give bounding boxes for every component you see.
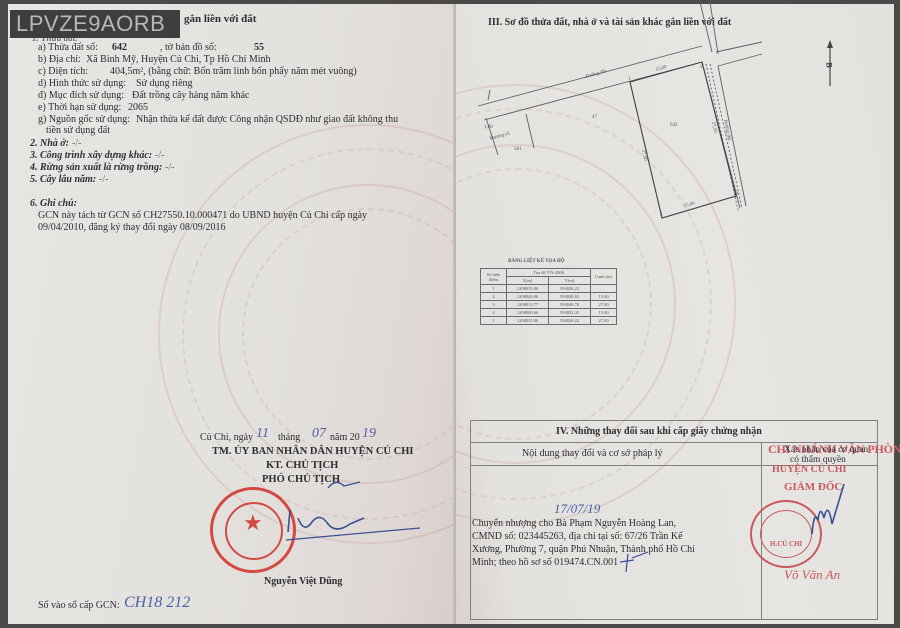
office-signer: Võ Văn An bbox=[784, 568, 840, 582]
office-stamp-line2: HUYỆN CỦ CHI bbox=[772, 464, 846, 476]
parcel-642-label: 642 bbox=[670, 123, 678, 128]
coord-table-title: BẢNG LIỆT KÊ TỌA ĐỘ bbox=[508, 259, 565, 265]
item-value: -/- bbox=[72, 138, 81, 150]
item-label: 3. Công trình xây dựng khác: bbox=[30, 150, 152, 162]
area-label: c) Diện tích: bbox=[38, 66, 88, 78]
map-sheet-label: , tờ bản đồ số: bbox=[160, 42, 217, 54]
sign-year-label: năm 20 bbox=[330, 432, 360, 444]
edge-left-label: 27,00 bbox=[640, 149, 647, 162]
coordinate-table: Số hiệu điểm Tọa độ VN-2000 Cạnh (m) X(m… bbox=[480, 268, 617, 325]
parcel-label: a) Thửa đất số: bbox=[38, 42, 98, 54]
parcel-number: 642 bbox=[112, 42, 127, 54]
item-label: 5. Cây lâu năm: bbox=[30, 174, 96, 186]
registry-label: Số vào sổ cấp GCN: bbox=[38, 600, 120, 612]
col-change-content: Nội dung thay đổi và cơ sở pháp lý bbox=[522, 448, 663, 460]
term-label: e) Thời hạn sử dụng: bbox=[38, 102, 121, 114]
parcel-47-label: 47 bbox=[592, 115, 598, 120]
origin-value-line2: tiền sử dụng đất bbox=[46, 125, 110, 137]
col-y: Y(m) bbox=[549, 277, 591, 285]
signer-name: Nguyễn Việt Dũng bbox=[264, 576, 342, 588]
road-top-label: Đường đất bbox=[585, 69, 607, 80]
table-row: 11208035.96594826.22 bbox=[481, 285, 617, 293]
col-edge: Cạnh (m) bbox=[591, 269, 617, 285]
notes-line1: GCN này tách từ GCN số CH27550.10.000471… bbox=[38, 210, 367, 222]
lane-width-label: 1,00 bbox=[484, 125, 493, 130]
watermark-id: LPVZE9AORB bbox=[10, 10, 180, 38]
item-label: 4. Rừng sản xuất là rừng trồng: bbox=[30, 162, 162, 174]
item-value: -/- bbox=[99, 174, 108, 186]
registry-number: CH18 212 bbox=[124, 594, 190, 612]
address-value: Xã Bình Mỹ, Huyện Củ Chi, Tp Hồ Chí Minh bbox=[86, 54, 271, 66]
address-label: b) Địa chỉ: bbox=[38, 54, 81, 66]
sign-year: 19 bbox=[362, 428, 376, 440]
sign-day: 11 bbox=[256, 428, 269, 440]
section-title-partial: gắn liền với đất bbox=[184, 13, 256, 25]
area-value: 404,5m², (bằng chữ: Bốn trăm linh bốn ph… bbox=[110, 66, 357, 78]
change-entry-line1: Chuyển nhượng cho Bà Phạm Nguyễn Hoàng L… bbox=[472, 518, 676, 530]
sign-place: Củ Chi, ngày bbox=[200, 432, 253, 444]
col-system: Tọa độ VN-2000 bbox=[507, 269, 591, 277]
map-sheet-number: 55 bbox=[254, 42, 264, 54]
item-value: -/- bbox=[155, 150, 164, 162]
notes-line2: 09/04/2010, đăng ký thay đổi ngày 08/09/… bbox=[38, 222, 226, 234]
edge-right-label: 27,00 bbox=[710, 121, 717, 134]
usage-form-label: d) Hình thức sử dụng: bbox=[38, 78, 126, 90]
col-confirm-line1: Xác nhận của cơ quan bbox=[784, 445, 868, 455]
purpose-value: Đất trồng cây hàng năm khác bbox=[132, 90, 249, 102]
parcel-diagram: Đường đất 15,00 642 47 581 1,00 Mương cũ… bbox=[456, 0, 900, 240]
change-entry-line2: CMND số: 023445263, địa chỉ tại số: 67/2… bbox=[472, 531, 683, 543]
change-entry-line4: Minh; theo hồ sơ số 019474.CN.001 bbox=[472, 557, 618, 569]
col-point: Số hiệu điểm bbox=[481, 269, 507, 285]
table-row: 41208009.66594832.3515.00 bbox=[481, 309, 617, 317]
change-date: 17/07/19 bbox=[554, 502, 600, 516]
item-value: -/- bbox=[165, 162, 174, 174]
initials-mark bbox=[618, 550, 658, 574]
edge-bottom-label: 15,00 bbox=[683, 201, 696, 209]
authority-title: TM. ỦY BAN NHÂN DÂN HUYỆN CỦ CHI bbox=[212, 446, 413, 458]
usage-form-value: Sử dụng riêng bbox=[136, 78, 193, 90]
changes-title: IV. Những thay đổi sau khi cấp giấy chứn… bbox=[556, 426, 762, 438]
parcel-581-label: 581 bbox=[514, 147, 522, 152]
vertex-4: 4 bbox=[660, 213, 663, 218]
sign-month-label: tháng bbox=[278, 432, 300, 444]
table-row: 21208040.06594840.6515.00 bbox=[481, 293, 617, 301]
item-label: 2. Nhà ở: bbox=[30, 138, 69, 150]
notes-label: 6. Ghi chú: bbox=[30, 198, 77, 210]
alley-label: Mương cũ bbox=[489, 131, 511, 142]
office-seal-text: H.CỦ CHI bbox=[770, 540, 802, 548]
table-row: 11208035.96594826.2227.00 bbox=[481, 317, 617, 325]
change-entry-line3: Xương, Phường 7, quận Phú Nhuận, Thành p… bbox=[472, 544, 695, 556]
road-right-label: Đường đất bbox=[722, 119, 731, 141]
sign-month: 07 bbox=[312, 428, 326, 440]
col-x: X(m) bbox=[507, 277, 549, 285]
term-value: 2065 bbox=[128, 102, 148, 114]
signature-director bbox=[800, 480, 850, 540]
table-row: 31208013.77594846.7827.00 bbox=[481, 301, 617, 309]
signature-vice-chairman bbox=[240, 470, 440, 550]
origin-value-line1: Nhận thừa kế đất được Công nhận QSDĐ như… bbox=[136, 114, 398, 126]
purpose-label: đ) Mục đích sử dụng: bbox=[38, 90, 124, 102]
